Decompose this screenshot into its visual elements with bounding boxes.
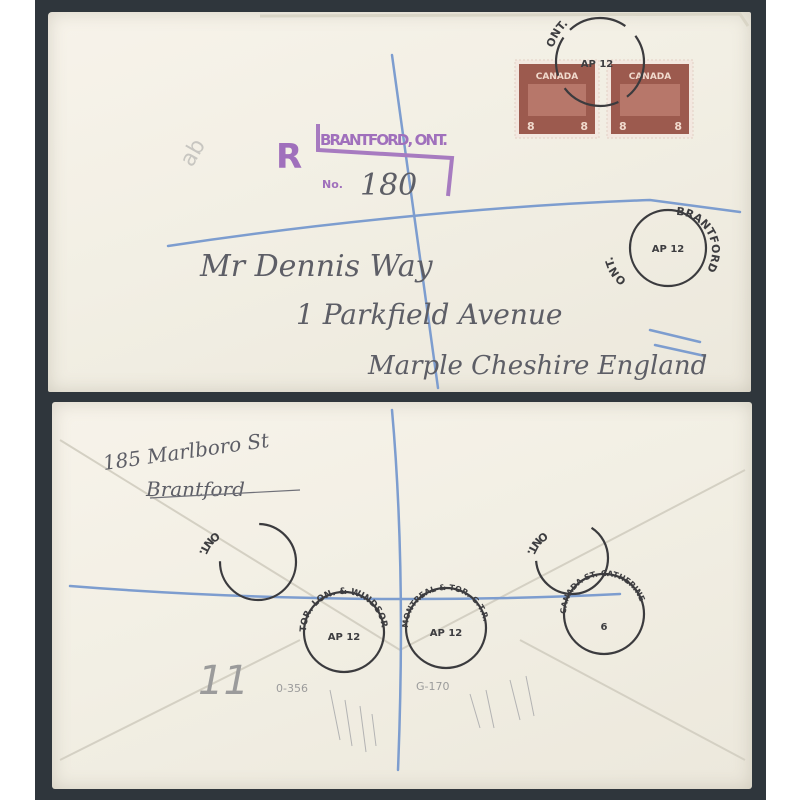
backstamp-date: 6 bbox=[601, 622, 608, 633]
svg-text:TOR. LON. & WINDSOR: TOR. LON. & WINDSOR bbox=[299, 587, 389, 632]
pencil-note: ab bbox=[176, 135, 211, 171]
backstamp-5: CANADA ST. CATHERINE 6 bbox=[559, 569, 647, 654]
svg-text:CANADA ST. CATHERINE: CANADA ST. CATHERINE bbox=[559, 569, 647, 614]
recipient-address: Mr Dennis Way 1 Parkfield Avenue Marple … bbox=[199, 249, 707, 381]
address-line-1: Mr Dennis Way bbox=[199, 249, 434, 284]
backstamp-date: AP 12 bbox=[430, 628, 463, 639]
stamp-value-right: 8 bbox=[674, 120, 682, 133]
svg-text:BRANTFORD: BRANTFORD bbox=[676, 205, 723, 275]
pencil-mark-roman: 11 bbox=[198, 658, 249, 704]
address-line-2: 1 Parkfield Avenue bbox=[296, 298, 562, 331]
stamp-value-left: 8 bbox=[527, 120, 535, 133]
torn-edge bbox=[260, 14, 748, 26]
envelope-markings: CANADA 8 8 CANADA 8 8 ONT. AP 12 BRANTFO… bbox=[0, 0, 800, 800]
cachet-town: BRANTFORD, ONT. bbox=[320, 131, 448, 149]
registration-number: 180 bbox=[360, 168, 417, 203]
registered-R-mark: R bbox=[276, 137, 302, 177]
svg-text:ONT.: ONT. bbox=[544, 17, 570, 49]
stamp-country: CANADA bbox=[629, 72, 672, 82]
return-address: 185 Marlboro St Brantford bbox=[101, 428, 300, 501]
backstamp-4: ONT. bbox=[524, 522, 608, 594]
registration-cachet: R BRANTFORD, ONT. No. 180 bbox=[276, 124, 452, 203]
pencil-ref-2: G-170 bbox=[416, 680, 450, 693]
pencil-ref-1: 0-356 bbox=[276, 682, 308, 695]
registration-number-label: No. bbox=[322, 178, 343, 191]
stamp-value-left: 8 bbox=[619, 120, 627, 133]
svg-text:ONT.: ONT. bbox=[603, 256, 629, 288]
svg-text:ONT.: ONT. bbox=[196, 529, 222, 557]
stamp-value-right: 8 bbox=[580, 120, 588, 133]
postmark-date: AP 12 bbox=[652, 244, 685, 255]
backstamp-date: AP 12 bbox=[328, 632, 361, 643]
backstamp-1: ONT. bbox=[196, 524, 296, 600]
stamp-2: CANADA 8 8 bbox=[607, 60, 693, 138]
postmark-front-2: BRANTFORD ONT. AP 12 bbox=[603, 205, 723, 288]
svg-text:MONTREAL & TOR. G.T.R.: MONTREAL & TOR. G.T.R. bbox=[401, 583, 491, 628]
postmark-date: AP 12 bbox=[581, 59, 614, 70]
return-address-line-1: 185 Marlboro St bbox=[101, 428, 271, 475]
svg-text:ONT.: ONT. bbox=[524, 529, 550, 557]
stamp-pair: CANADA 8 8 CANADA 8 8 bbox=[515, 60, 693, 138]
address-line-3: Marple Cheshire England bbox=[367, 351, 707, 381]
